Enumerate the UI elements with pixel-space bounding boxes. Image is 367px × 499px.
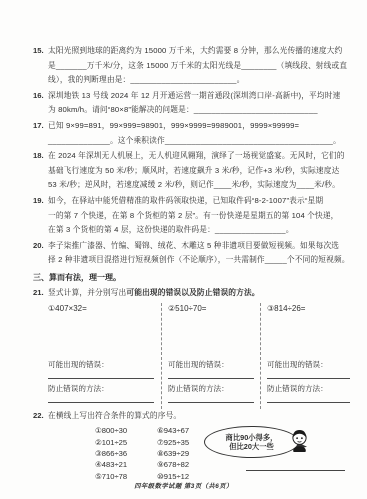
answer-blank-line bbox=[267, 394, 350, 403]
question-body: 深圳地铁 13 号线 2024 年 12 月开通运营一期首通段(深圳湾口岸-高新… bbox=[48, 89, 355, 118]
answer-blank-line bbox=[246, 469, 345, 471]
prevent-label: 防止错误的方法： bbox=[168, 383, 260, 394]
expression-item: ③866÷36 bbox=[95, 448, 151, 459]
expression-item: ⑨678÷82 bbox=[157, 459, 215, 470]
question-20: 20. 李子柒推广漆器、竹编、蜀锦、绒花、木雕这 5 种非遗项目要做短视频。如果… bbox=[33, 239, 355, 268]
boy-face-icon bbox=[291, 427, 308, 452]
expression-item: ⑥943÷67 bbox=[157, 425, 215, 436]
question-19: 19. 如今，在驿站中能凭借精准的取件码领取快递，已知取件码“8-2-1007”… bbox=[33, 194, 355, 238]
worksheet-page: 15. 太阳光照到地球的距离约为 15000 万千米，大约需要 8 分钟，那么光… bbox=[0, 0, 367, 499]
question-text-line: 一的第 7 个快递，在第 8 个货柜的第 2 层”。有一份快递是星期五的第 10… bbox=[48, 209, 355, 224]
question-number: 17. bbox=[33, 119, 48, 148]
expression-item: ④483÷21 bbox=[95, 459, 151, 470]
question-number: 22. bbox=[33, 409, 48, 424]
answer-blank-line bbox=[168, 394, 254, 403]
question-number: 21. bbox=[33, 286, 48, 301]
expression-item: ②101÷25 bbox=[95, 437, 151, 448]
worksheet-content: 15. 太阳光照到地球的距离约为 15000 万千米，大约需要 8 分钟，那么光… bbox=[33, 44, 355, 486]
q21-work-area: ①407×32= 可能出现的错误： 防止错误的方法： ②510÷70= 可能出现… bbox=[48, 303, 355, 409]
q21-problem-2: ②510÷70= 可能出现的错误： 防止错误的方法： bbox=[161, 303, 260, 409]
question-number: 20. bbox=[33, 239, 48, 268]
question-text-line: 在 2024 年深圳无人机展上，无人机迎风翱翔，演绎了一场视觉盛宴。无风时，它们… bbox=[48, 149, 355, 164]
question-title: 在横线上写出符合条件的算式的序号。 bbox=[48, 409, 355, 424]
question-title: 竖式计算，并分别写出可能出现的错误以及防止错误的方法。 bbox=[48, 286, 355, 301]
question-text-line: 线），我的判断理由是：________________________。 bbox=[48, 73, 355, 88]
question-body: 竖式计算，并分别写出可能出现的错误以及防止错误的方法。 bbox=[48, 286, 355, 301]
error-label: 可能出现的错误： bbox=[267, 359, 355, 370]
expression-item: ⑧639÷29 bbox=[157, 448, 215, 459]
question-number: 15. bbox=[33, 44, 48, 88]
bubble-text-line: 但比20大一些 bbox=[229, 442, 274, 452]
question-text-line: 在第 3 个货柜的第 4 层，这份快递的取件码是：_______________… bbox=[48, 223, 355, 238]
question-15: 15. 太阳光照到地球的距离约为 15000 万千米，大约需要 8 分钟，那么光… bbox=[33, 44, 355, 88]
section-heading: 三、算而有法，理一理。 bbox=[33, 270, 355, 285]
question-body: 在横线上写出符合条件的算式的序号。 bbox=[48, 409, 355, 424]
q21-problem-3: ③814÷26= 可能出现的错误： 防止错误的方法： bbox=[260, 303, 355, 409]
q22-answer-area: ①800÷30 ⑥943÷67 ②101÷25 ⑦925÷35 ③866÷36 … bbox=[48, 424, 355, 486]
answer-blank-line bbox=[168, 370, 254, 379]
question-text-line: 择 2 种非遗项目混搭进行短视频创作（不论顺序），一共需制作_____个不同的短… bbox=[48, 253, 355, 268]
question-text-line: 53 米/秒；逆风时，若速度减缓 2 米/秒，则记作____米/秒，实际速度为_… bbox=[48, 178, 355, 193]
question-text-line: 已知 9×99=891，99×999=98901，999×9999=998900… bbox=[48, 119, 355, 134]
problem-expression: ①407×32= bbox=[48, 303, 161, 315]
question-number: 16. bbox=[33, 89, 48, 118]
error-label: 可能出现的错误： bbox=[168, 359, 260, 370]
question-21: 21. 竖式计算，并分别写出可能出现的错误以及防止错误的方法。 bbox=[33, 286, 355, 301]
prevent-label: 防止错误的方法： bbox=[48, 383, 161, 394]
answer-blank-line bbox=[267, 370, 350, 379]
question-body: 如今，在驿站中能凭借精准的取件码领取快递，已知取件码“8-2-1007”表示“星… bbox=[48, 194, 355, 238]
question-body: 李子柒推广漆器、竹编、蜀锦、绒花、木雕这 5 种非遗项目要做短视频。如果每次选 … bbox=[48, 239, 355, 268]
answer-blank-line bbox=[48, 394, 154, 403]
problem-expression: ③814÷26= bbox=[267, 303, 355, 315]
question-body: 在 2024 年深圳无人机展上，无人机迎风翱翔，演绎了一场视觉盛宴。无风时，它们… bbox=[48, 149, 355, 193]
speech-bubble: 商比90小得多， 但比20大一些 bbox=[204, 426, 299, 458]
title-bold-part: 可能出现的错误以及防止错误的方法。 bbox=[126, 288, 259, 297]
question-body: 已知 9×99=891，99×999=98901，999×9999=998900… bbox=[48, 119, 355, 148]
problem-expression: ②510÷70= bbox=[168, 303, 260, 315]
question-text-line: 为 80km/h。请问“80×8”能解决的问题是：_______________… bbox=[48, 103, 355, 118]
expression-item: ①800÷30 bbox=[95, 425, 151, 436]
question-text-line: 如今，在驿站中能凭借精准的取件码领取快递，已知取件码“8-2-1007”表示“星… bbox=[48, 194, 355, 209]
question-number: 19. bbox=[33, 194, 48, 238]
question-text-line: 深圳地铁 13 号线 2024 年 12 月开通运营一期首通段(深圳湾口岸-高新… bbox=[48, 89, 355, 104]
error-label: 可能出现的错误： bbox=[48, 359, 161, 370]
title-normal-part: 竖式计算，并分别写出 bbox=[48, 288, 126, 297]
question-text-line: 基础飞行速度为 50 米/秒；顺风时，若速度飙升 3 米/秒，记作+3 米/秒，… bbox=[48, 164, 355, 179]
question-text-line: 太阳光照到地球的距离约为 15000 万千米，大约需要 8 分钟，那么光传播的速… bbox=[48, 44, 355, 59]
q21-problem-1: ①407×32= 可能出现的错误： 防止错误的方法： bbox=[48, 303, 161, 409]
question-16: 16. 深圳地铁 13 号线 2024 年 12 月开通运营一期首通段(深圳湾口… bbox=[33, 89, 355, 118]
question-18: 18. 在 2024 年深圳无人机展上，无人机迎风翱翔，演绎了一场视觉盛宴。无风… bbox=[33, 149, 355, 193]
question-text-line: ______________。这个乘积读作___________________… bbox=[48, 134, 355, 149]
question-17: 17. 已知 9×99=891，99×999=98901，999×9999=99… bbox=[33, 119, 355, 148]
bubble-text-line: 商比90小得多， bbox=[226, 433, 278, 443]
q22-expression-grid: ①800÷30 ⑥943÷67 ②101÷25 ⑦925÷35 ③866÷36 … bbox=[95, 425, 215, 482]
prevent-label: 防止错误的方法： bbox=[267, 383, 355, 394]
question-number: 18. bbox=[33, 149, 48, 193]
page-footer: 四年级数学试题 第3页（共6页） bbox=[0, 481, 367, 490]
question-text-line: 李子柒推广漆器、竹编、蜀锦、绒花、木雕这 5 种非遗项目要做短视频。如果每次选 bbox=[48, 239, 355, 254]
question-22: 22. 在横线上写出符合条件的算式的序号。 bbox=[33, 409, 355, 424]
question-text-line: 是_______万千米/分，这条 15000 万千米的太阳光线是________… bbox=[48, 59, 355, 74]
question-body: 太阳光照到地球的距离约为 15000 万千米，大约需要 8 分钟，那么光传播的速… bbox=[48, 44, 355, 88]
answer-blank-line bbox=[48, 370, 154, 379]
